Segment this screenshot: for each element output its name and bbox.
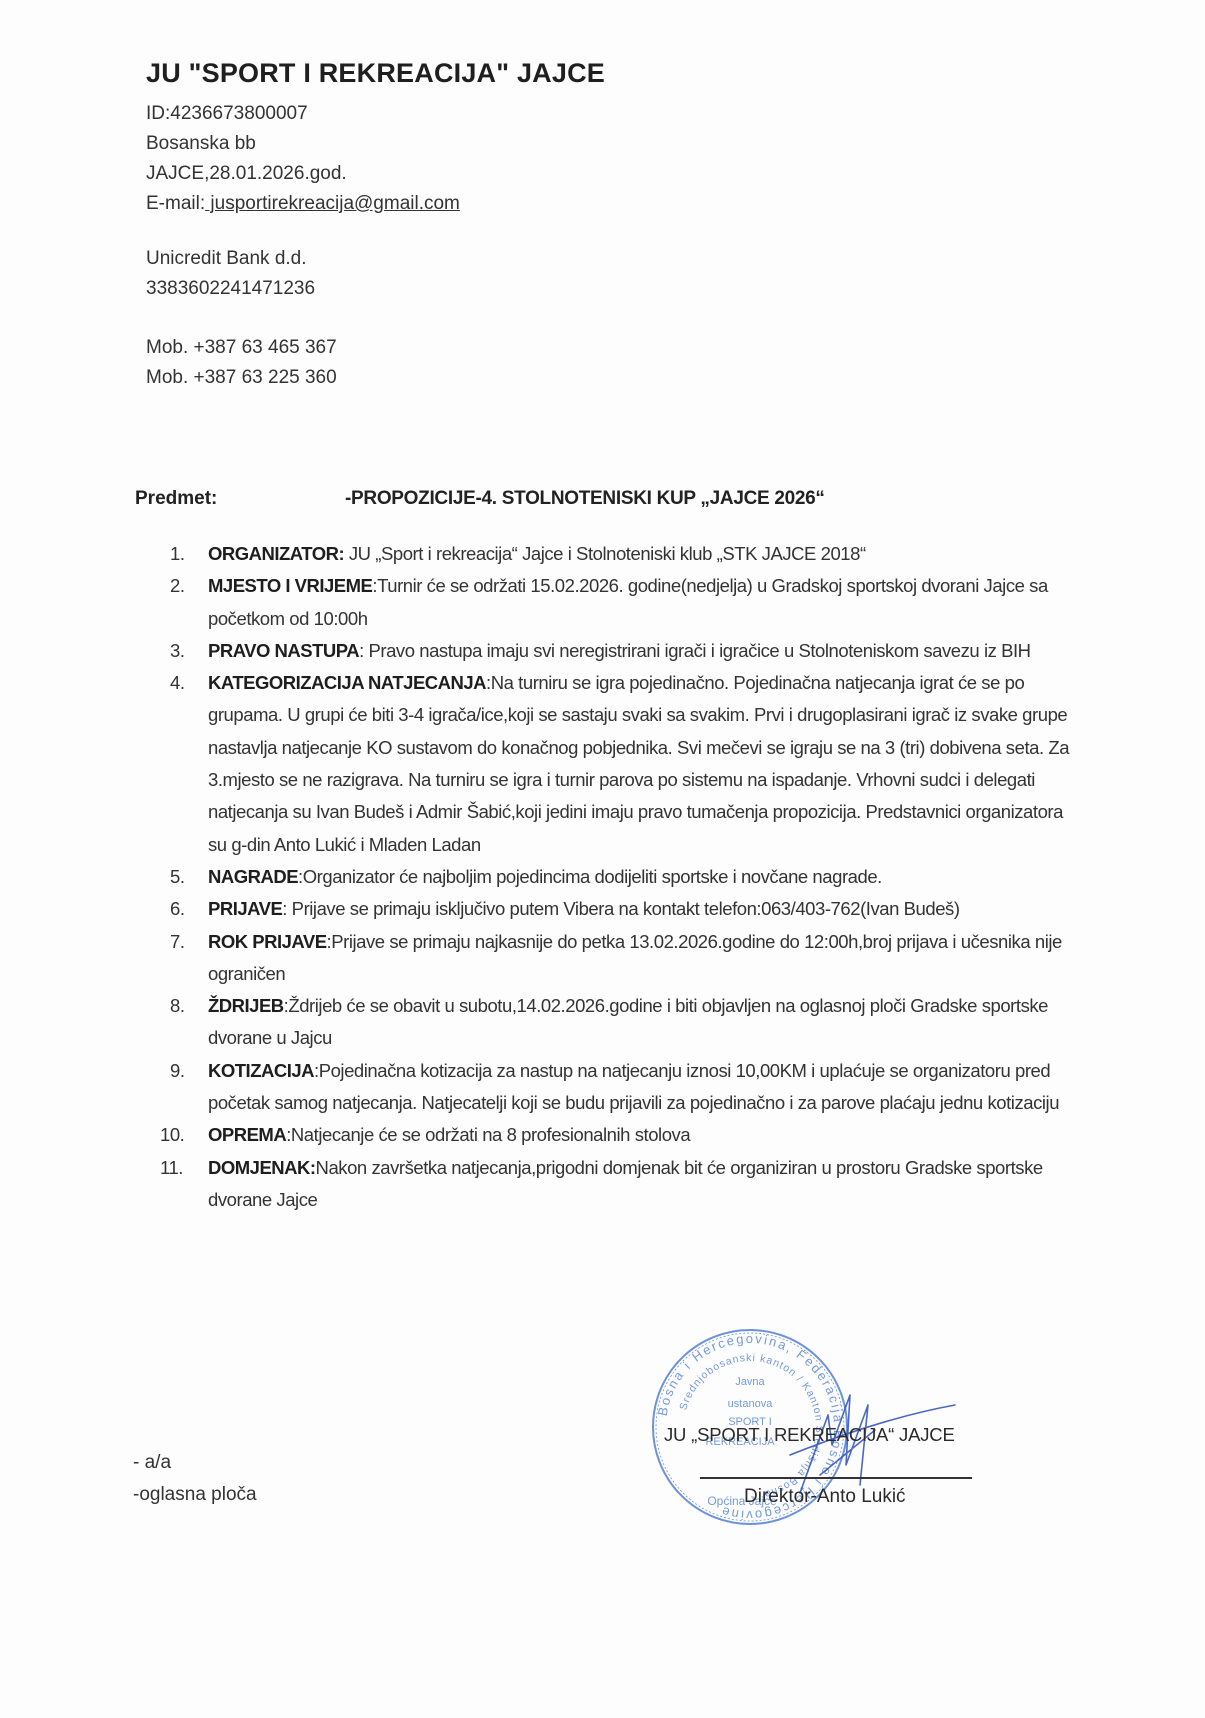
item-heading: OPREMA [208, 1124, 286, 1145]
place-and-date: JAJCE,28.01.2026.god. [146, 163, 347, 185]
item-heading: NAGRADE [208, 866, 298, 887]
item-number: 10. [160, 1119, 190, 1151]
proposition-item: 1.ORGANIZATOR: JU „Sport i rekreacija“ J… [170, 538, 1085, 570]
proposition-item: 7.ROK PRIJAVE:Prijave se primaju najkasn… [170, 926, 1085, 991]
email-link[interactable]: jusportirekreacija@gmail.com [205, 193, 460, 214]
signatory-name: Direktor-Anto Lukić [744, 1486, 906, 1508]
item-number: 11. [160, 1152, 190, 1184]
item-text: JU „Sport i rekreacija“ Jajce i Stolnote… [344, 543, 866, 564]
proposition-item: 3.PRAVO NASTUPA: Pravo nastupa imaju svi… [170, 635, 1085, 667]
proposition-item: 5.NAGRADE:Organizator će najboljim pojed… [170, 861, 1085, 893]
subject-title: -PROPOZICIJE-4. STOLNOTENISKI KUP „JAJCE… [345, 488, 825, 510]
mobile-phone-1: Mob. +387 63 465 367 [146, 337, 337, 359]
item-number: 9. [170, 1055, 200, 1087]
proposition-item: 8.ŽDRIJEB:Ždrijeb će se obavit u subotu,… [170, 990, 1085, 1055]
proposition-item: 9.KOTIZACIJA:Pojedinačna kotizacija za n… [170, 1055, 1085, 1120]
proposition-item: 2.MJESTO I VRIJEME:Turnir će se održati … [170, 570, 1085, 635]
proposition-item: 4.KATEGORIZACIJA NATJECANJA:Na turniru s… [170, 667, 1085, 861]
item-number: 7. [170, 926, 200, 958]
item-heading: ŽDRIJEB [208, 995, 284, 1016]
item-text: :Ždrijeb će se obavit u subotu,14.02.202… [208, 995, 1048, 1048]
item-text: :Prijave se primaju najkasnije do petka … [208, 931, 1062, 984]
signature-organization: JU „SPORT I REKREACIJA“ JAJCE [664, 1424, 955, 1446]
proposition-item: 11.DOMJENAK:Nakon završetka natjecanja,p… [170, 1152, 1085, 1217]
proposition-item: 10.OPREMA:Natjecanje će se održati na 8 … [170, 1119, 1085, 1151]
bank-name: Unicredit Bank d.d. [146, 248, 307, 270]
document-page: JU "SPORT I REKREACIJA" JAJCE ID:4236673… [0, 0, 1205, 1718]
item-number: 2. [170, 570, 200, 602]
item-text: Nakon završetka natjecanja,prigodni domj… [208, 1157, 1043, 1210]
item-heading: ORGANIZATOR: [208, 543, 344, 564]
item-number: 3. [170, 635, 200, 667]
organization-id: ID:4236673800007 [146, 103, 308, 125]
distribution-line-1: - a/a [133, 1452, 171, 1474]
item-text: : Pravo nastupa imaju svi neregistrirani… [359, 640, 1030, 661]
propositions-list: 1.ORGANIZATOR: JU „Sport i rekreacija“ J… [170, 538, 1085, 1216]
item-number: 8. [170, 990, 200, 1022]
organization-name: JU "SPORT I REKREACIJA" JAJCE [146, 58, 605, 89]
svg-text:ustanova: ustanova [728, 1398, 774, 1410]
item-text: :Pojedinačna kotizacija za nastup na nat… [208, 1060, 1059, 1113]
item-heading: MJESTO I VRIJEME [208, 575, 372, 596]
item-heading: DOMJENAK: [208, 1157, 316, 1178]
item-number: 5. [170, 861, 200, 893]
svg-text:Javna: Javna [735, 1376, 765, 1388]
item-heading: PRIJAVE [208, 898, 282, 919]
item-number: 6. [170, 893, 200, 925]
email-line: E-mail: jusportirekreacija@gmail.com [146, 193, 460, 215]
mobile-phone-2: Mob. +387 63 225 360 [146, 367, 337, 389]
item-text: : Prijave se primaju isključivo putem Vi… [282, 898, 959, 919]
item-text: :Organizator će najboljim pojedincima do… [298, 866, 882, 887]
distribution-line-2: -oglasna ploča [133, 1484, 257, 1506]
item-number: 4. [170, 667, 200, 699]
subject-label: Predmet: [135, 488, 217, 510]
item-text: :Na turniru se igra pojedinačno. Pojedin… [208, 672, 1069, 854]
signature-line [700, 1477, 972, 1479]
item-heading: KOTIZACIJA [208, 1060, 314, 1081]
bank-account: 3383602241471236 [146, 278, 315, 300]
item-heading: ROK PRIJAVE [208, 931, 327, 952]
organization-address: Bosanska bb [146, 133, 256, 155]
item-heading: PRAVO NASTUPA [208, 640, 359, 661]
item-heading: KATEGORIZACIJA NATJECANJA [208, 672, 486, 693]
email-label: E-mail: [146, 193, 205, 214]
item-number: 1. [170, 538, 200, 570]
item-text: :Natjecanje će se održati na 8 profesion… [286, 1124, 690, 1145]
proposition-item: 6.PRIJAVE: Prijave se primaju isključivo… [170, 893, 1085, 925]
